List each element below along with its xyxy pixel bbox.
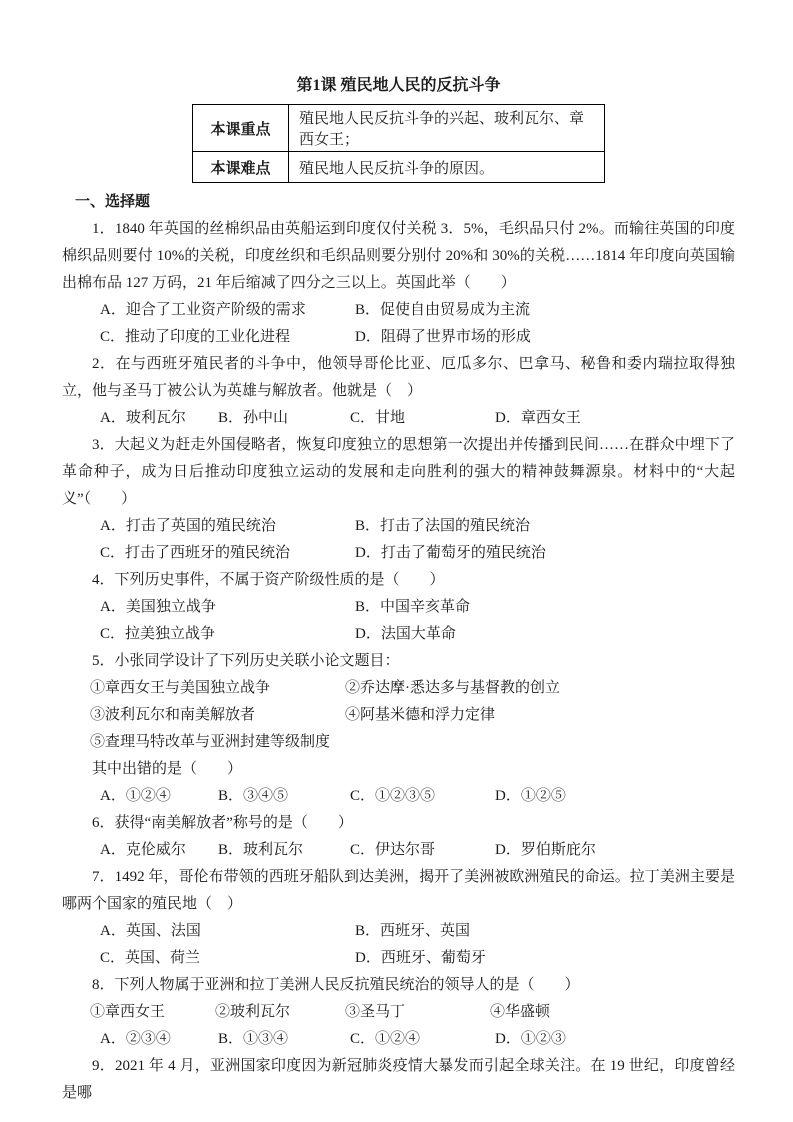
lesson-title: 第1课 殖民地人民的反抗斗争 <box>62 78 735 94</box>
option-a: A．英国、法国 <box>100 918 355 945</box>
option-b: B．①③④ <box>218 1026 350 1053</box>
option-c: C．拉美独立战争 <box>100 621 355 648</box>
question-4: 4．下列历史事件，不属于资产阶级性质的是（ ） A．美国独立战争 B．中国辛亥革… <box>62 567 735 648</box>
options-row: A．美国独立战争 B．中国辛亥革命 C．拉美独立战争 D．法国大革命 <box>62 594 735 648</box>
items-row: ①章西女王 ②玻利瓦尔 ③圣马丁 ④华盛顿 <box>62 999 735 1026</box>
row-content-difficulty: 殖民地人民反抗斗争的原因。 <box>289 152 605 183</box>
question-8: 8．下列人物属于亚洲和拉丁美洲人民反抗殖民统治的领导人的是（ ） ①章西女王 ②… <box>62 972 735 1053</box>
question-stem: 4．下列历史事件，不属于资产阶级性质的是（ ） <box>62 567 735 594</box>
question-9: 9．2021 年 4 月，亚洲国家印度因为新冠肺炎疫情大暴发而引起全球关注。在 … <box>62 1053 735 1107</box>
question-7: 7．1492 年，哥伦布带领的西班牙船队到达美洲，揭开了美洲被欧洲殖民的命运。拉… <box>62 864 735 972</box>
option-c: C．①②④ <box>350 1026 495 1053</box>
option-a: A．②③④ <box>100 1026 218 1053</box>
options-row: A．迎合了工业资产阶级的需求 B．促使自由贸易成为主流 C．推动了印度的工业化进… <box>62 297 735 351</box>
option-b: B．西班牙、英国 <box>355 918 735 945</box>
items-row: ③波利瓦尔和南美解放者 ④阿基米德和浮力定律 <box>62 702 735 729</box>
items-row: ⑤查理马特改革与亚洲封建等级制度 <box>62 729 735 756</box>
question-3: 3．大起义为赶走外国侵略者，恢复印度独立的思想第一次提出并传播到民间……在群众中… <box>62 432 735 567</box>
question-stem: 7．1492 年，哥伦布带领的西班牙船队到达美洲，揭开了美洲被欧洲殖民的命运。拉… <box>62 864 735 918</box>
option-d: D．阻碍了世界市场的形成 <box>355 324 735 351</box>
table-row: 本课重点 殖民地人民反抗斗争的兴起、玻利瓦尔、章西女王； <box>193 105 605 152</box>
item-2: ②玻利瓦尔 <box>215 999 345 1026</box>
options-row: A．玻利瓦尔 B．孙中山 C．甘地 D．章西女王 <box>62 405 735 432</box>
option-d: D．①②③ <box>495 1026 735 1053</box>
option-a: A．打击了英国的殖民统治 <box>100 513 355 540</box>
row-content-focus: 殖民地人民反抗斗争的兴起、玻利瓦尔、章西女王； <box>289 105 605 152</box>
worksheet-page: 第1课 殖民地人民的反抗斗争 本课重点 殖民地人民反抗斗争的兴起、玻利瓦尔、章西… <box>0 0 793 1122</box>
option-d: D．法国大革命 <box>355 621 735 648</box>
option-d: D．打击了葡萄牙的殖民统治 <box>355 540 735 567</box>
question-2: 2．在与西班牙殖民者的斗争中，他领导哥伦比亚、厄瓜多尔、巴拿马、秘鲁和委内瑞拉取… <box>62 351 735 432</box>
option-c: C．打击了西班牙的殖民统治 <box>100 540 355 567</box>
question-stem: 3．大起义为赶走外国侵略者，恢复印度独立的思想第一次提出并传播到民间……在群众中… <box>62 432 735 513</box>
option-a: A．美国独立战争 <box>100 594 355 621</box>
item-1: ①章西女王与美国独立战争 <box>90 675 345 702</box>
question-stem: 5．小张同学设计了下列历史关联小论文题目： <box>62 648 735 675</box>
option-c: C．英国、荷兰 <box>100 945 355 972</box>
options-row: A．英国、法国 B．西班牙、英国 C．英国、荷兰 D．西班牙、葡萄牙 <box>62 918 735 972</box>
question-6: 6．获得“南美解放者”称号的是（ ） A．克伦威尔 B．玻利瓦尔 C．伊达尔哥 … <box>62 810 735 864</box>
key-points-table: 本课重点 殖民地人民反抗斗争的兴起、玻利瓦尔、章西女王； 本课难点 殖民地人民反… <box>192 104 605 183</box>
items-row: ①章西女王与美国独立战争 ②乔达摩·悉达多与基督教的创立 <box>62 675 735 702</box>
question-stem: 6．获得“南美解放者”称号的是（ ） <box>62 810 735 837</box>
options-row: A．克伦威尔 B．玻利瓦尔 C．伊达尔哥 D．罗伯斯庇尔 <box>62 837 735 864</box>
options-row: A．①②④ B．③④⑤ C．①②③⑤ D．①②⑤ <box>62 783 735 810</box>
option-a: A．玻利瓦尔 <box>100 405 218 432</box>
item-4: ④阿基米德和浮力定律 <box>345 702 735 729</box>
item-2: ②乔达摩·悉达多与基督教的创立 <box>345 675 735 702</box>
question-1: 1．1840 年英国的丝棉织品由英船运到印度仅付关税 3．5%，毛织品只付 2%… <box>62 216 735 351</box>
option-b: B．孙中山 <box>218 405 350 432</box>
item-1: ①章西女王 <box>90 999 215 1026</box>
option-b: B．打击了法国的殖民统治 <box>355 513 735 540</box>
option-a: A．克伦威尔 <box>100 837 218 864</box>
options-row: A．打击了英国的殖民统治 B．打击了法国的殖民统治 C．打击了西班牙的殖民统治 … <box>62 513 735 567</box>
option-c: C．伊达尔哥 <box>350 837 495 864</box>
option-c: C．推动了印度的工业化进程 <box>100 324 355 351</box>
option-d: D．罗伯斯庇尔 <box>495 837 735 864</box>
option-b: B．玻利瓦尔 <box>218 837 350 864</box>
option-d: D．章西女王 <box>495 405 735 432</box>
option-c: C．①②③⑤ <box>350 783 495 810</box>
item-4: ④华盛顿 <box>490 999 735 1026</box>
option-a: A．迎合了工业资产阶级的需求 <box>100 297 355 324</box>
item-5: ⑤查理马特改革与亚洲封建等级制度 <box>90 729 735 756</box>
row-header-difficulty: 本课难点 <box>193 152 289 183</box>
question-stem: 1．1840 年英国的丝棉织品由英船运到印度仅付关税 3．5%，毛织品只付 2%… <box>62 216 735 297</box>
option-b: B．促使自由贸易成为主流 <box>355 297 735 324</box>
option-b: B．③④⑤ <box>218 783 350 810</box>
option-d: D．①②⑤ <box>495 783 735 810</box>
section-heading: 一、选择题 <box>62 189 735 216</box>
question-stem: 9．2021 年 4 月，亚洲国家印度因为新冠肺炎疫情大暴发而引起全球关注。在 … <box>62 1053 735 1107</box>
option-a: A．①②④ <box>100 783 218 810</box>
table-row: 本课难点 殖民地人民反抗斗争的原因。 <box>193 152 605 183</box>
question-followup: 其中出错的是（ ） <box>62 756 735 783</box>
item-3: ③圣马丁 <box>345 999 490 1026</box>
item-3: ③波利瓦尔和南美解放者 <box>90 702 345 729</box>
question-5: 5．小张同学设计了下列历史关联小论文题目： ①章西女王与美国独立战争 ②乔达摩·… <box>62 648 735 810</box>
question-stem: 2．在与西班牙殖民者的斗争中，他领导哥伦比亚、厄瓜多尔、巴拿马、秘鲁和委内瑞拉取… <box>62 351 735 405</box>
question-stem: 8．下列人物属于亚洲和拉丁美洲人民反抗殖民统治的领导人的是（ ） <box>62 972 735 999</box>
option-d: D．西班牙、葡萄牙 <box>355 945 735 972</box>
row-header-focus: 本课重点 <box>193 105 289 152</box>
option-b: B．中国辛亥革命 <box>355 594 735 621</box>
options-row: A．②③④ B．①③④ C．①②④ D．①②③ <box>62 1026 735 1053</box>
option-c: C．甘地 <box>350 405 495 432</box>
